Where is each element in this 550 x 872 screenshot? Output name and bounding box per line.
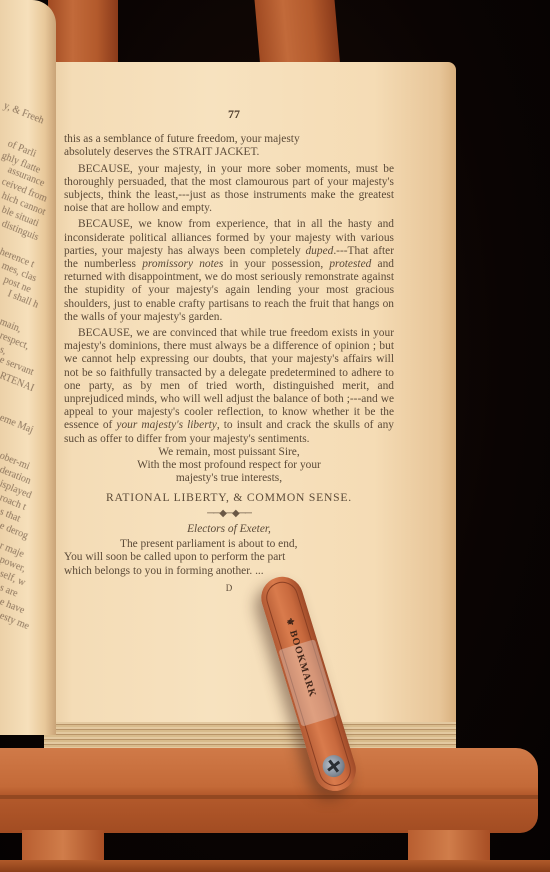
ornament-rule: ──◆─◆──	[64, 507, 394, 520]
section-line: The present parliament is about to end,	[64, 538, 394, 551]
easel-lower-bar	[0, 860, 550, 872]
closing-line: majesty's true interests,	[64, 472, 394, 485]
text-run: BECAUSE, we are convinced that while tru…	[64, 327, 394, 431]
intro-line: absolutely deserves the STRAIT JACKET.	[64, 146, 394, 159]
italic-run: protested	[329, 258, 371, 270]
ledge-shadow	[0, 795, 538, 799]
paragraph-because-2: BECAUSE, we know from experience, that i…	[64, 218, 394, 324]
italic-run: duped	[305, 245, 333, 257]
section-heading: Electors of Exeter,	[64, 523, 394, 536]
easel-ledge	[0, 748, 538, 833]
section-line: which belongs to you in forming another.…	[64, 565, 394, 578]
left-fragment: y, & Freeh	[2, 100, 45, 126]
left-page: y, & Freeh of Parli ghly flatte assuranc…	[0, 0, 56, 735]
italic-run: promissory notes	[142, 258, 223, 270]
signature-mark: D	[64, 582, 394, 595]
text-run: in your possession,	[223, 258, 329, 270]
italic-run: your majesty's liberty	[116, 419, 216, 431]
photo-scene: y, & Freeh of Parli ghly flatte assuranc…	[0, 0, 550, 872]
signature: RATIONAL LIBERTY, & COMMON SENSE.	[64, 491, 394, 504]
closing-line: With the most profound respect for your	[64, 459, 394, 472]
left-fragment: eme Maj	[0, 412, 35, 435]
closing-line: We remain, most puissant Sire,	[64, 446, 394, 459]
left-page-text: y, & Freeh of Parli ghly flatte assuranc…	[0, 0, 56, 735]
page-number: 77	[64, 108, 394, 121]
printed-text: 77 this as a semblance of future freedom…	[64, 108, 394, 595]
paragraph-because-3: BECAUSE, we are convinced that while tru…	[64, 327, 394, 446]
section-line: You will soon be called upon to perform …	[64, 551, 394, 564]
intro-line: this as a semblance of future freedom, y…	[64, 133, 394, 146]
paragraph-because-1: BECAUSE, your majesty, in your more sobe…	[64, 163, 394, 216]
